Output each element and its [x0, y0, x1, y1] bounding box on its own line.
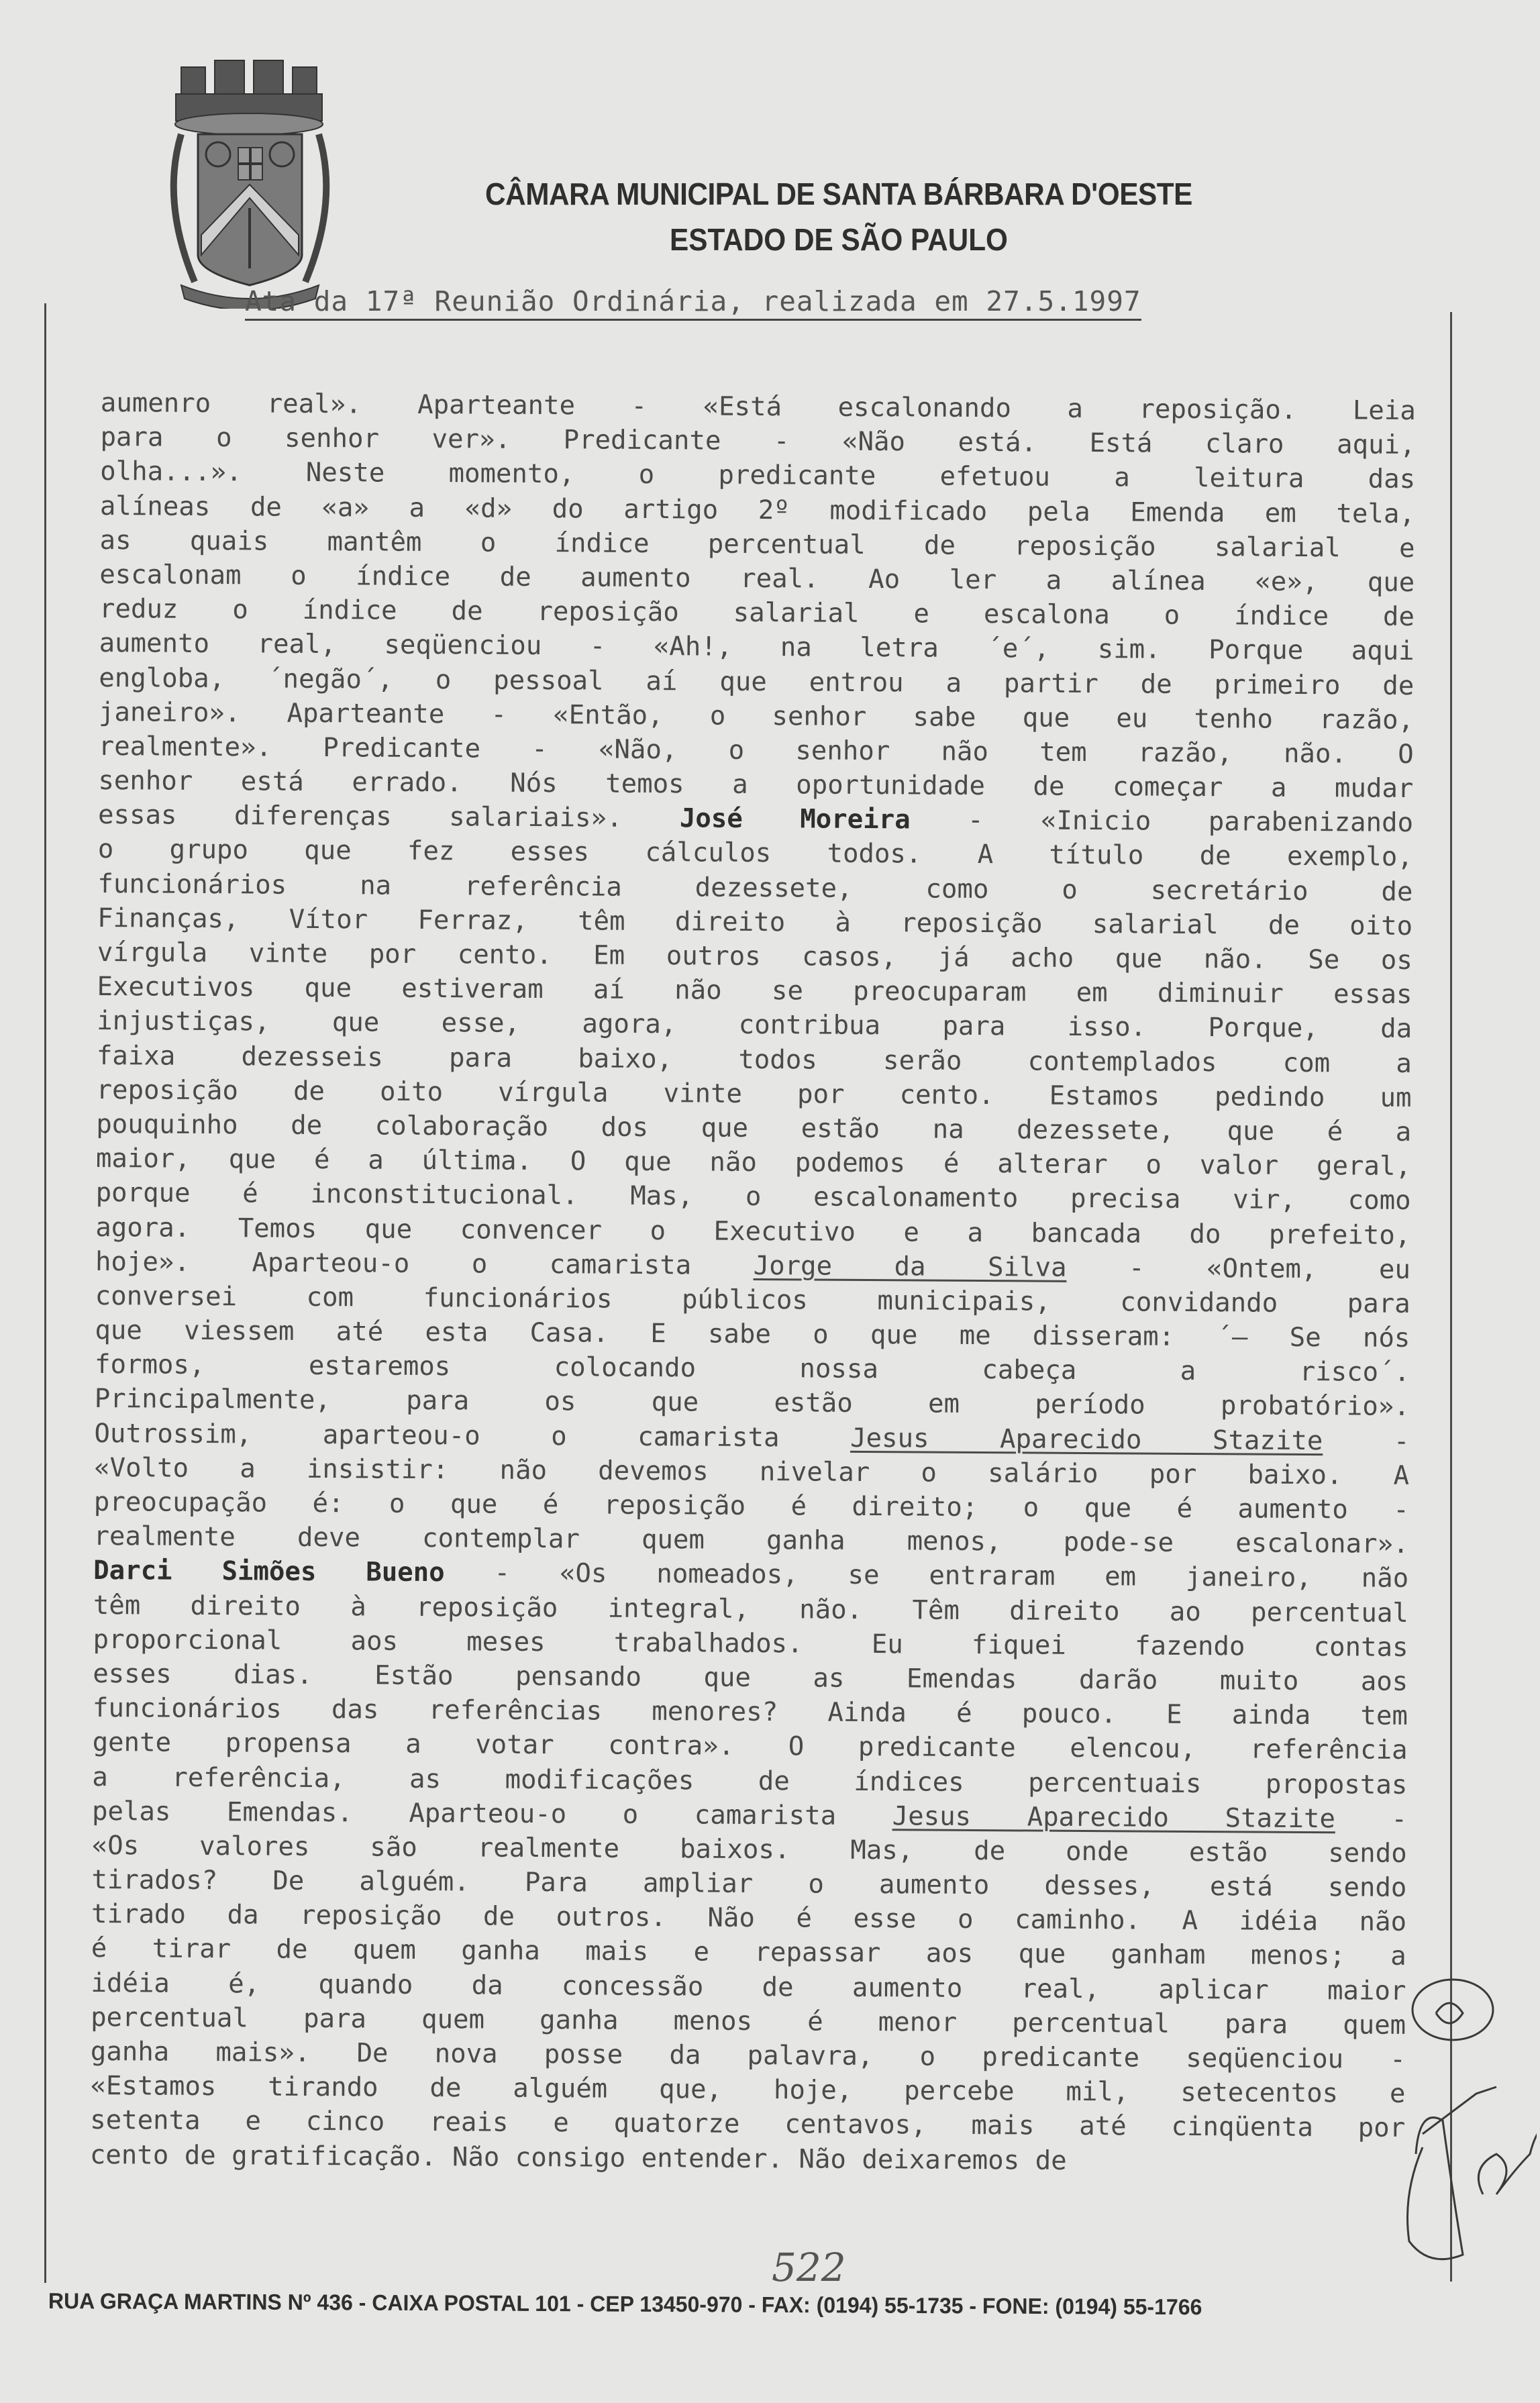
text-segment: alíneas de «a» a «d» do artigo 2º modifi… [100, 491, 1415, 529]
text-segment: - «Os nomeados, se entraram em janeiro, … [445, 1558, 1409, 1594]
councillor-name: Jorge da Silva [754, 1251, 1067, 1283]
text-segment: o grupo que fez esses cálculos todos. A … [98, 834, 1413, 872]
text-segment: realmente deve contemplar quem ganha men… [93, 1521, 1408, 1560]
text-segment: hoje». Aparteou-o o camarista [95, 1247, 754, 1281]
text-segment: têm direito à reposição integral, não. T… [93, 1590, 1408, 1629]
text-segment: cento de gratificação. Não consigo enten… [90, 2140, 1067, 2176]
text-segment: escalonam o índice de aumento real. Ao l… [99, 560, 1415, 598]
text-segment: que viessem até esta Casa. E sabe o que … [95, 1315, 1410, 1353]
text-segment: «Estamos tirando de alguém que, hoje, pe… [90, 2071, 1405, 2109]
councillor-name: Jesus Aparecido Stazite [850, 1423, 1323, 1455]
coat-of-arms-icon [134, 54, 356, 309]
text-segment: percentual para quem ganha menos é menor… [91, 2002, 1406, 2041]
text-segment: tirados? De alguém. Para ampliar o aumen… [91, 1865, 1406, 1903]
text-segment: engloba, ´negão´, o pessoal aí que entro… [99, 662, 1414, 701]
text-segment: esses dias. Estão pensando que as Emenda… [93, 1659, 1408, 1697]
minutes-body-text: aumenro real». Aparteante - «Está escalo… [90, 386, 1416, 2180]
text-segment: as quais mantêm o índice percentual de r… [99, 525, 1415, 564]
text-segment: ganha mais». De nova posse da palavra, o… [91, 2037, 1406, 2075]
text-segment: maior, que é a última. O que não podemos… [96, 1143, 1411, 1182]
text-segment: setenta e cinco reais e quatorze centavo… [90, 2105, 1405, 2143]
text-segment: faixa dezesseis para baixo, todos serão … [97, 1041, 1412, 1079]
text-segment: Principalmente, para os que estão em per… [95, 1384, 1410, 1422]
text-segment: realmente». Predicante - «Não, o senhor … [99, 731, 1414, 770]
text-segment: gente propensa a votar contra». O predic… [93, 1727, 1408, 1766]
text-segment: essas diferenças salariais». [98, 800, 680, 833]
state-name: ESTADO DE SÃO PAULO [450, 221, 1227, 258]
text-segment: funcionários na referência dezessete, co… [97, 869, 1413, 907]
speaker-name: José Moreira [680, 804, 911, 835]
text-segment: Finanças, Vítor Ferraz, têm direito à re… [97, 903, 1413, 941]
handwritten-page-number: 522 [772, 2245, 846, 2290]
text-segment: preocupação é: o que é reposição é direi… [94, 1487, 1409, 1525]
text-segment: - «Inicio parabenizando [910, 805, 1413, 839]
councillor-name: Jesus Aparecido Stazite [892, 1801, 1335, 1834]
text-segment: é tirar de quem ganha mais e repassar ao… [91, 1933, 1406, 1972]
page-border-left [44, 303, 46, 2283]
text-segment: aumento real, seqüenciou - «Ah!, na letr… [99, 628, 1415, 666]
text-segment: conversei com funcionários públicos muni… [95, 1281, 1410, 1319]
text-segment: funcionários das referências menores? Ai… [93, 1693, 1408, 1731]
text-segment: porque é inconstitucional. Mas, o escalo… [96, 1178, 1411, 1216]
signature-marks-icon [1402, 1973, 1537, 2268]
minutes-title: Ata da 17ª Reunião Ordinária, realizada … [245, 285, 1141, 321]
text-segment: janeiro». Aparteante - «Então, o senhor … [99, 697, 1414, 735]
institution-name: CÂMARA MUNICIPAL DE SANTA BÁRBARA D'OEST… [450, 176, 1227, 212]
text-segment: reposição de oito vírgula vinte por cent… [96, 1075, 1411, 1113]
text-segment: olha...». Neste momento, o predicante ef… [100, 456, 1415, 495]
text-segment: formos, estaremos colocando nossa cabeça… [95, 1349, 1410, 1388]
footer-address: RUA GRAÇA MARTINS Nº 436 - CAIXA POSTAL … [48, 2288, 1415, 2321]
text-segment: aumenro real». Aparteante - «Está escalo… [101, 388, 1416, 426]
text-segment: Executivos que estiveram aí não se preoc… [97, 972, 1412, 1010]
text-segment: «Os valores são realmente baixos. Mas, d… [92, 1831, 1407, 1869]
text-segment: idéia é, quando da concessão de aumento … [91, 1968, 1406, 2006]
speaker-name: Darci Simões Bueno [93, 1555, 445, 1588]
text-segment: pelas Emendas. Aparteou-o o camarista [92, 1796, 892, 1831]
text-segment: para o senhor ver». Predicante - «Não es… [100, 422, 1415, 460]
text-segment: agora. Temos que convencer o Executivo e… [95, 1212, 1410, 1250]
text-segment: «Volto a insistir: não devemos nivelar o… [94, 1453, 1409, 1491]
text-segment: - «Ontem, eu [1066, 1253, 1410, 1285]
text-segment: - [1323, 1426, 1409, 1457]
text-segment: senhor está errado. Nós temos a oportuni… [98, 766, 1413, 804]
text-segment: - [1335, 1804, 1407, 1835]
text-segment: Outrossim, aparteou-o o camarista [94, 1419, 850, 1453]
text-segment: injustiças, que esse, agora, contribua p… [97, 1006, 1412, 1044]
text-segment: tirado da reposição de outros. Não é ess… [91, 1899, 1406, 1937]
text-segment: a referência, as modificações de índices… [92, 1761, 1407, 1800]
text-segment: pouquinho de colaboração dos que estão n… [96, 1109, 1411, 1147]
text-segment: vírgula vinte por cento. Em outros casos… [97, 937, 1413, 976]
text-segment: reduz o índice de reposição salarial e e… [99, 594, 1415, 632]
text-segment: proporcional aos meses trabalhados. Eu f… [93, 1625, 1408, 1663]
